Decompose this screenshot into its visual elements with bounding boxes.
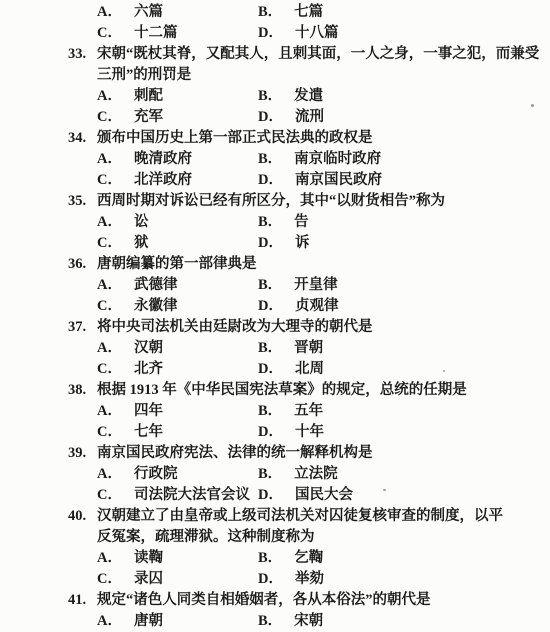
option-b: B．宋朝 (258, 611, 323, 632)
option-a: A．六篇 (97, 2, 258, 23)
question-stem-text: 颁布中国历史上第一部正式民法典的政权是 (97, 130, 373, 146)
option-a: A．行政院 (97, 464, 258, 485)
option-text: 五年 (294, 403, 323, 419)
question-stem-text: 反冤案，疏理滞狱。这种制度称为 (97, 529, 315, 545)
option-text: 流刑 (295, 109, 324, 125)
question-stem-text: 南京国民政府宪法、法律的统一解释机构是 (97, 445, 373, 461)
option-row: A．汉朝B．晋朝 (0, 338, 550, 359)
option-text: 告 (294, 214, 309, 230)
option-label: B． (258, 613, 282, 629)
option-row: A．行政院B．立法院 (0, 464, 550, 485)
question-stem-line: 41.规定“诸色人同类自相婚姻者，各从本俗法”的朝代是 (0, 590, 550, 611)
option-a: A．汉朝 (97, 338, 258, 359)
option-b: B．开皇律 (258, 275, 338, 296)
question-stem-line: 34.颁布中国历史上第一部正式民法典的政权是 (0, 128, 550, 149)
option-a: A．读鞫 (97, 548, 258, 569)
option-row: C．十二篇D．十八篇 (0, 23, 550, 44)
option-a: A．晚清政府 (97, 149, 258, 170)
option-c: C．七年 (97, 422, 258, 443)
option-text: 永徽律 (134, 298, 178, 314)
option-text: 国民大会 (295, 487, 353, 503)
option-label: A． (97, 613, 122, 629)
option-text: 十八篇 (295, 25, 339, 41)
option-label: B． (258, 88, 282, 104)
question-item: 35.西周时期对诉讼已经有所区分，其中“以财货相告”称为A．讼B．告C．狱D．诉 (0, 191, 550, 254)
option-text: 讼 (134, 214, 149, 230)
option-label: D． (258, 109, 283, 125)
option-b: B．南京临时政府 (258, 149, 381, 170)
question-number: 34. (68, 128, 86, 149)
question-stem-line: 36.唐朝编纂的第一部律典是 (0, 254, 550, 275)
option-label: C． (97, 109, 122, 125)
option-d: D．举劾 (258, 569, 324, 590)
question-stem-line: 39.南京国民政府宪法、法律的统一解释机构是 (0, 443, 550, 464)
option-label: B． (258, 151, 282, 167)
option-text: 立法院 (294, 466, 338, 482)
option-label: B． (258, 550, 282, 566)
option-label: B． (258, 277, 282, 293)
option-b: B．立法院 (258, 464, 338, 485)
scan-speck (443, 370, 445, 372)
option-b: B．乞鞫 (258, 548, 323, 569)
option-text: 狱 (134, 235, 149, 251)
option-row: A．晚清政府B．南京临时政府 (0, 149, 550, 170)
option-row: C．司法院大法官会议D．国民大会 (0, 485, 550, 506)
option-d: D．十年 (258, 422, 324, 443)
option-c: C．录囚 (97, 569, 258, 590)
option-b: B．七篇 (258, 2, 323, 23)
option-d: D．北周 (258, 359, 324, 380)
question-item: 33.宋朝“既杖其脊，又配其人，且刺其面，一人之身，一事之犯，而兼受三刑”的刑罚… (0, 44, 550, 128)
option-text: 宋朝 (294, 613, 323, 629)
question-number: 40. (68, 506, 86, 527)
question-number: 41. (68, 590, 86, 611)
option-row: C．充军D．流刑 (0, 107, 550, 128)
option-text: 诉 (295, 235, 310, 251)
option-row: C．北齐D．北周 (0, 359, 550, 380)
option-c: C．十二篇 (97, 23, 258, 44)
question-stem-text: 根据 1913 年《中华民国宪法草案》的规定，总统的任期是 (97, 382, 467, 398)
option-label: C． (97, 571, 122, 587)
question-item: 38.根据 1913 年《中华民国宪法草案》的规定，总统的任期是A．四年B．五年… (0, 380, 550, 443)
question-item: 36.唐朝编纂的第一部律典是A．武德律B．开皇律C．永徽律D．贞观律 (0, 254, 550, 317)
option-label: D． (258, 298, 283, 314)
option-d: D．南京国民政府 (258, 170, 382, 191)
option-label: A． (97, 214, 122, 230)
scan-speck (383, 489, 386, 491)
question-number: 35. (68, 191, 86, 212)
option-label: A． (97, 403, 122, 419)
question-stem-line: 35.西周时期对诉讼已经有所区分，其中“以财货相告”称为 (0, 191, 550, 212)
option-a: A．刺配 (97, 86, 258, 107)
question-stem-text: 三刑”的刑罚是 (97, 67, 191, 83)
option-text: 充军 (134, 109, 163, 125)
option-label: B． (258, 4, 282, 20)
option-text: 刺配 (134, 88, 163, 104)
option-text: 七年 (134, 424, 163, 440)
option-text: 读鞫 (134, 550, 163, 566)
option-label: D． (258, 424, 283, 440)
question-number: 38. (68, 380, 86, 401)
question-item: 41.规定“诸色人同类自相婚姻者，各从本俗法”的朝代是A．唐朝B．宋朝 (0, 590, 550, 632)
option-a: A．武德律 (97, 275, 258, 296)
question-item: A．六篇B．七篇C．十二篇D．十八篇 (0, 2, 550, 44)
scan-speck (531, 104, 534, 107)
option-label: C． (97, 424, 122, 440)
option-label: A． (97, 466, 122, 482)
option-text: 十二篇 (134, 25, 178, 41)
option-text: 武德律 (134, 277, 178, 293)
option-a: A．四年 (97, 401, 258, 422)
question-number: 37. (68, 317, 86, 338)
question-number: 39. (68, 443, 86, 464)
option-a: A．唐朝 (97, 611, 258, 632)
option-label: B． (258, 466, 282, 482)
option-row: C．北洋政府D．南京国民政府 (0, 170, 550, 191)
option-label: A． (97, 340, 122, 356)
question-stem-text: 将中央司法机关由廷尉改为大理寺的朝代是 (97, 319, 373, 335)
option-text: 发遣 (294, 88, 323, 104)
option-row: A．刺配B．发遣 (0, 86, 550, 107)
exam-page: A．六篇B．七篇C．十二篇D．十八篇33.宋朝“既杖其脊，又配其人，且刺其面，一… (0, 0, 550, 632)
option-label: D． (258, 361, 283, 377)
option-text: 七篇 (294, 4, 323, 20)
option-text: 南京临时政府 (294, 151, 381, 167)
option-b: B．告 (258, 212, 309, 233)
question-stem-line: 反冤案，疏理滞狱。这种制度称为 (0, 527, 550, 548)
question-stem-text: 西周时期对诉讼已经有所区分，其中“以财货相告”称为 (97, 193, 445, 209)
option-row: C．永徽律D．贞观律 (0, 296, 550, 317)
option-text: 四年 (134, 403, 163, 419)
option-a: A．讼 (97, 212, 258, 233)
option-row: A．六篇B．七篇 (0, 2, 550, 23)
option-label: A． (97, 550, 122, 566)
option-text: 贞观律 (295, 298, 339, 314)
option-label: B． (258, 403, 282, 419)
option-text: 晋朝 (294, 340, 323, 356)
option-text: 唐朝 (134, 613, 163, 629)
option-c: C．司法院大法官会议 (97, 485, 258, 506)
question-stem-text: 规定“诸色人同类自相婚姻者，各从本俗法”的朝代是 (97, 592, 431, 608)
question-number: 33. (68, 44, 86, 65)
option-row: A．四年B．五年 (0, 401, 550, 422)
question-stem-line: 38.根据 1913 年《中华民国宪法草案》的规定，总统的任期是 (0, 380, 550, 401)
option-text: 北齐 (134, 361, 163, 377)
question-item: 39.南京国民政府宪法、法律的统一解释机构是A．行政院B．立法院C．司法院大法官… (0, 443, 550, 506)
question-stem-line: 33.宋朝“既杖其脊，又配其人，且刺其面，一人之身，一事之犯，而兼受 (0, 44, 550, 65)
question-item: 40.汉朝建立了由皇帝或上级司法机关对囚徒复核审查的制度，以平反冤案，疏理滞狱。… (0, 506, 550, 590)
option-text: 举劾 (295, 571, 324, 587)
option-label: D． (258, 25, 283, 41)
option-text: 北洋政府 (134, 172, 192, 188)
option-label: D． (258, 235, 283, 251)
option-label: C． (97, 25, 122, 41)
option-label: B． (258, 214, 282, 230)
question-stem-text: 汉朝建立了由皇帝或上级司法机关对囚徒复核审查的制度，以平 (97, 508, 503, 524)
option-label: C． (97, 235, 122, 251)
question-item: 37.将中央司法机关由廷尉改为大理寺的朝代是A．汉朝B．晋朝C．北齐D．北周 (0, 317, 550, 380)
question-number: 36. (68, 254, 86, 275)
option-row: A．读鞫B．乞鞫 (0, 548, 550, 569)
question-item: 34.颁布中国历史上第一部正式民法典的政权是A．晚清政府B．南京临时政府C．北洋… (0, 128, 550, 191)
option-label: C． (97, 172, 122, 188)
option-text: 乞鞫 (294, 550, 323, 566)
option-text: 南京国民政府 (295, 172, 382, 188)
option-label: B． (258, 340, 282, 356)
option-d: D．流刑 (258, 107, 324, 128)
option-label: D． (258, 172, 283, 188)
option-d: D．国民大会 (258, 485, 353, 506)
option-d: D．贞观律 (258, 296, 338, 317)
option-label: C． (97, 298, 122, 314)
option-text: 司法院大法官会议 (134, 487, 250, 503)
option-b: B．晋朝 (258, 338, 323, 359)
option-c: C．充军 (97, 107, 258, 128)
option-d: D．十八篇 (258, 23, 338, 44)
question-stem-text: 唐朝编纂的第一部律典是 (97, 256, 257, 272)
question-list: A．六篇B．七篇C．十二篇D．十八篇33.宋朝“既杖其脊，又配其人，且刺其面，一… (0, 2, 550, 632)
option-text: 十年 (295, 424, 324, 440)
option-d: D．诉 (258, 233, 309, 254)
option-text: 汉朝 (134, 340, 163, 356)
option-b: B．五年 (258, 401, 323, 422)
question-stem-line: 40.汉朝建立了由皇帝或上级司法机关对囚徒复核审查的制度，以平 (0, 506, 550, 527)
option-row: C．狱D．诉 (0, 233, 550, 254)
option-text: 六篇 (134, 4, 163, 20)
option-b: B．发遣 (258, 86, 323, 107)
option-c: C．狱 (97, 233, 258, 254)
option-label: C． (97, 487, 122, 503)
option-label: D． (258, 571, 283, 587)
option-text: 行政院 (134, 466, 178, 482)
option-label: C． (97, 361, 122, 377)
question-stem-line: 三刑”的刑罚是 (0, 65, 550, 86)
question-stem-text: 宋朝“既杖其脊，又配其人，且刺其面，一人之身，一事之犯，而兼受 (97, 46, 539, 62)
option-label: D． (258, 487, 283, 503)
option-label: A． (97, 88, 122, 104)
option-label: A． (97, 4, 122, 20)
option-text: 晚清政府 (134, 151, 192, 167)
option-row: C．七年D．十年 (0, 422, 550, 443)
option-c: C．北洋政府 (97, 170, 258, 191)
option-text: 录囚 (134, 571, 163, 587)
option-row: A．唐朝B．宋朝 (0, 611, 550, 632)
option-c: C．永徽律 (97, 296, 258, 317)
option-label: A． (97, 277, 122, 293)
question-stem-line: 37.将中央司法机关由廷尉改为大理寺的朝代是 (0, 317, 550, 338)
option-row: A．武德律B．开皇律 (0, 275, 550, 296)
option-c: C．北齐 (97, 359, 258, 380)
option-row: A．讼B．告 (0, 212, 550, 233)
option-text: 北周 (295, 361, 324, 377)
option-row: C．录囚D．举劾 (0, 569, 550, 590)
option-text: 开皇律 (294, 277, 338, 293)
option-label: A． (97, 151, 122, 167)
